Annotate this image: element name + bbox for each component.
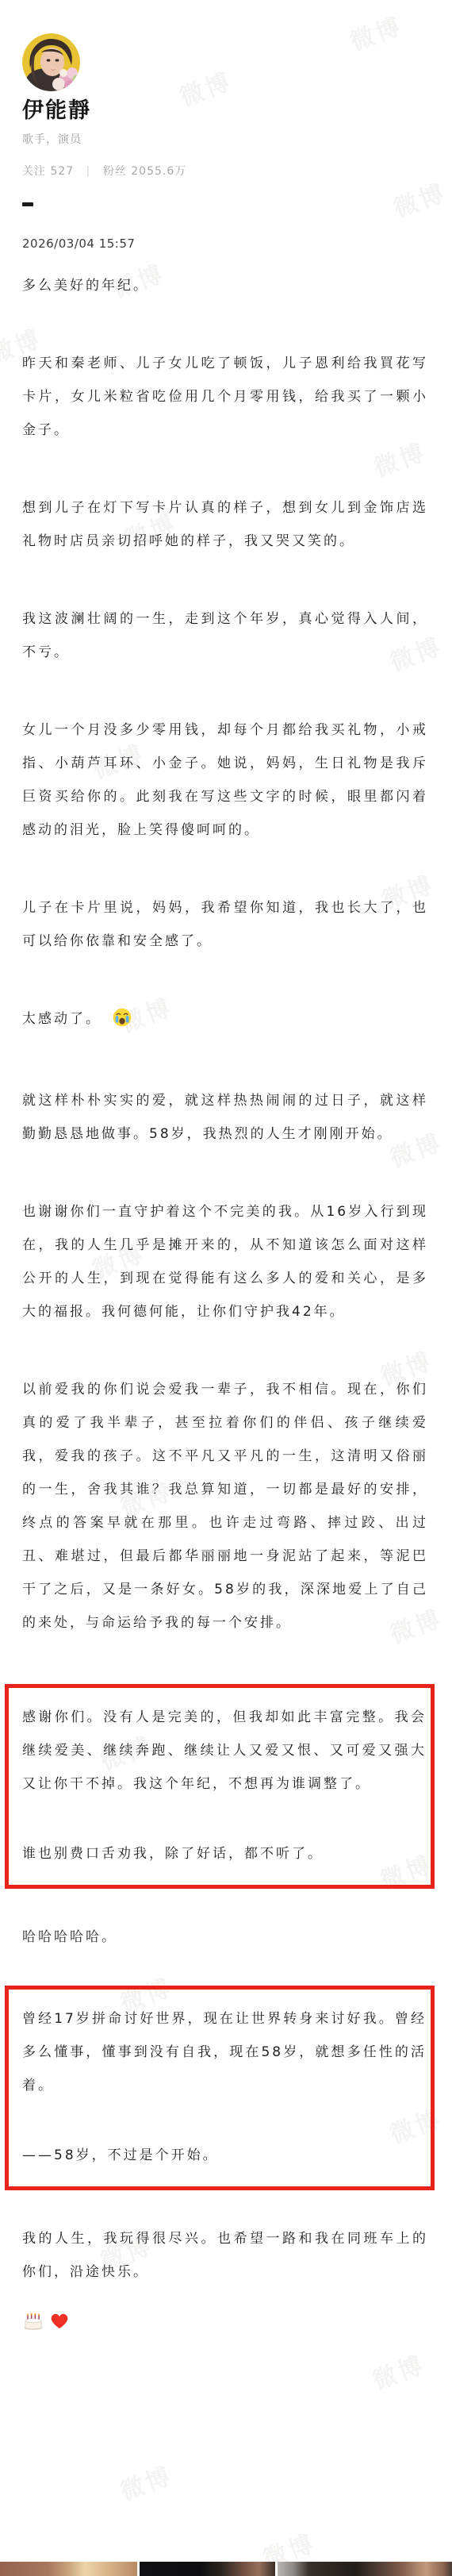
profile-stats: 关注 527 | 粉丝 2055.6万	[22, 164, 428, 179]
profile-name[interactable]: 伊能靜	[22, 98, 428, 124]
post-paragraph: 感谢你们。没有人是完美的，但我却如此丰富完整。我会继续爱美、继续奔跑、继续让人又…	[22, 1701, 427, 1801]
post-timestamp: 2026/03/04 15:57	[22, 236, 452, 252]
post-paragraph: 儿子在卡片里说，妈妈，我希望你知道，我也长大了，也可以给你依靠和安全感了。	[22, 891, 428, 958]
following-label[interactable]: 关注	[22, 165, 46, 178]
post-paragraph: 我的人生，我玩得很尽兴。也希望一路和我在同班车上的你们，沿途快乐。	[22, 2222, 428, 2289]
collapsed-text-dash	[22, 202, 33, 206]
post-paragraph: 我这波澜壮阔的一生，走到这个年岁，真心觉得入人间，不亏。	[22, 602, 428, 669]
post-paragraph: 哈哈哈哈哈。	[22, 1920, 428, 1954]
weibo-post-screenshot: 微博微博微博微博微博微博微博微博微博微博微博微博微博微博微博微博微博微博微博微博…	[0, 0, 452, 2576]
post-paragraph: 以前爱我的你们说会爱我一辈子，我不相信。现在，你们真的爱了我半辈子，甚至拉着你们…	[22, 1373, 428, 1640]
post-paragraph: 昨天和秦老师、儿子女儿吃了顿饭，儿子恩利给我買花写卡片，女儿米粒省吃俭用几个月零…	[22, 347, 428, 447]
post-paragraph: 多么美好的年纪。	[22, 269, 428, 302]
photo-thumbnail-3[interactable]	[278, 2562, 452, 2576]
stats-separator: |	[86, 165, 91, 178]
avatar[interactable]	[22, 33, 80, 91]
emotion-text: 太感动了。	[22, 1011, 102, 1027]
post-paragraph: 就这样朴朴实实的爱，就这样热热闹闹的过日子，就这样勤勤恳恳地做事。58岁，我热烈…	[22, 1084, 428, 1151]
highlight-annotation-box-1: 感谢你们。没有人是完美的，但我却如此丰富完整。我会继续爱美、继续奔跑、继续让人又…	[5, 1684, 435, 1889]
red-heart-emoji	[48, 2309, 71, 2335]
highlight-annotation-box-2: 曾经17岁拼命讨好世界，现在让世界转身来讨好我。曾经多么懂事，懂事到没有自我，现…	[5, 1986, 435, 2190]
post-paragraph: 太感动了。	[22, 1002, 428, 1040]
post-paragraph: 谁也别费口舌劝我，除了好话，都不听了。	[22, 1837, 427, 1870]
post-paragraph: 女儿一个月没多少零用钱，却每个月都给我买礼物，小戒指、小葫芦耳环、小金子。她说，…	[22, 713, 428, 847]
birthday-cake-emoji	[22, 2309, 44, 2335]
footer-emoji-row	[22, 2309, 452, 2335]
photo-thumbnail-1[interactable]	[0, 2562, 137, 2576]
post-paragraph: 想到儿子在灯下写卡片认真的样子，想到女儿到金饰店选礼物时店员亲切招呼她的样子，我…	[22, 491, 428, 558]
post-content: 多么美好的年纪。 昨天和秦老师、儿子女儿吃了顿饭，儿子恩利给我買花写卡片，女儿米…	[0, 269, 452, 2335]
avatar-photo	[22, 33, 80, 91]
post-paragraph: 也谢谢你们一直守护着这个不完美的我。从16岁入行到现在，我的人生几乎是摊开来的，…	[22, 1195, 428, 1328]
followers-count[interactable]: 2055.6万	[131, 165, 186, 178]
loudly-crying-face-emoji	[113, 1006, 132, 1040]
following-count[interactable]: 527	[50, 165, 74, 178]
followers-label[interactable]: 粉丝	[103, 165, 127, 178]
post-paragraph: 曾经17岁拼命讨好世界，现在让世界转身来讨好我。曾经多么懂事，懂事到没有自我，现…	[22, 2002, 427, 2102]
photo-thumbnail-2[interactable]	[140, 2562, 275, 2576]
profile-header: 伊能靜 歌手，演员 关注 527 | 粉丝 2055.6万	[0, 0, 452, 179]
photo-grid	[0, 2562, 452, 2576]
post-paragraph: ——58岁，不过是个开始。	[22, 2139, 427, 2172]
profile-occupation: 歌手，演员	[22, 133, 428, 147]
